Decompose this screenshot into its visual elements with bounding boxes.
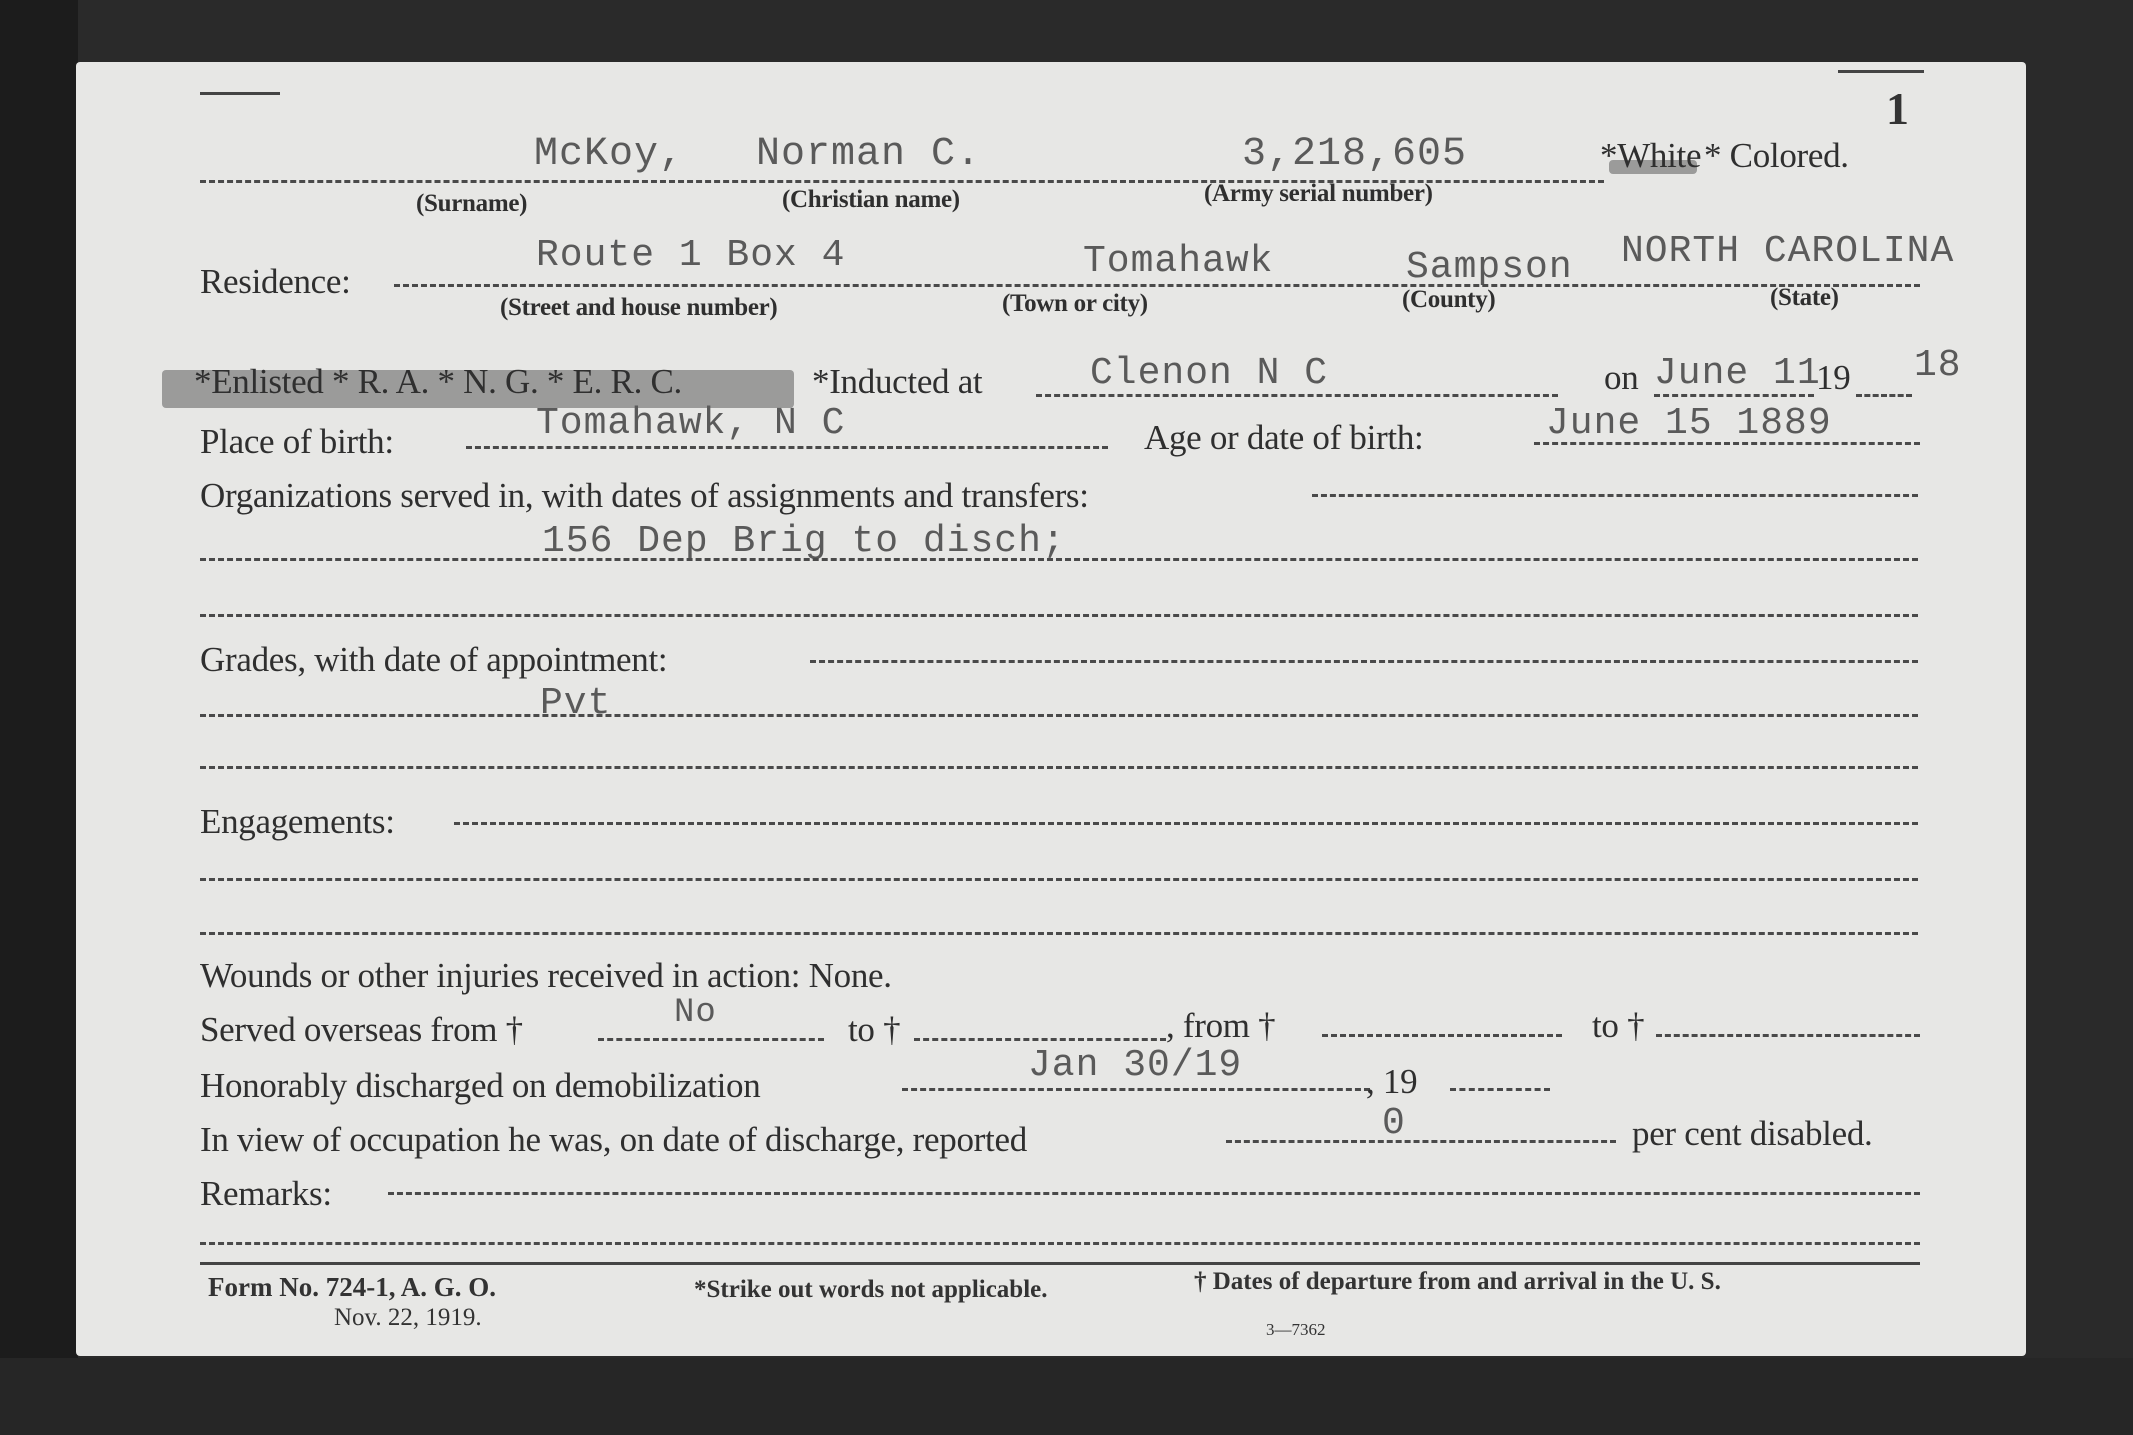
served-overseas-to-label: to † xyxy=(848,1010,900,1050)
disability-percent-value: 0 xyxy=(1382,1102,1406,1145)
christian-name-value: Norman C. xyxy=(756,132,981,177)
form-date: Nov. 22, 1919. xyxy=(334,1304,482,1332)
place-of-birth-line xyxy=(466,446,1108,449)
inducted-at-line xyxy=(1036,394,1558,397)
discharge-year-suffix: , 19 xyxy=(1366,1062,1417,1102)
enlisted-options: *Enlisted * R. A. * N. G. * E. R. C. xyxy=(194,362,682,402)
county-caption: (County) xyxy=(1402,286,1495,314)
served-overseas-to2-label: to † xyxy=(1592,1006,1644,1046)
footer-rule xyxy=(200,1262,1920,1265)
race-option-colored: * Colored. xyxy=(1704,136,1849,176)
strike-out-note: *Strike out words not applicable. xyxy=(694,1276,1048,1304)
served-overseas-from2-line xyxy=(1322,1034,1562,1037)
remarks-label: Remarks: xyxy=(200,1174,332,1214)
served-overseas-to2-line xyxy=(1656,1034,1920,1037)
remarks-line-2 xyxy=(200,1242,1920,1245)
serial-number-value: 3,218,605 xyxy=(1242,132,1467,177)
served-overseas-from-line xyxy=(598,1038,824,1041)
disability-label: In view of occupation he was, on date of… xyxy=(200,1120,1027,1160)
top-left-rule xyxy=(200,92,280,95)
served-overseas-from2-label: , from † xyxy=(1166,1006,1275,1046)
race-option-white: *White xyxy=(1600,136,1701,176)
service-record-card: 1 McKoy, Norman C. 3,218,605 *White * Co… xyxy=(76,62,2026,1356)
form-number: Form No. 724-1, A. G. O. xyxy=(208,1272,496,1303)
date-of-birth-line xyxy=(1534,442,1920,445)
inducted-year-line xyxy=(1856,394,1912,397)
discharge-date-value: Jan 30/19 xyxy=(1028,1044,1242,1087)
residence-line xyxy=(394,284,1920,287)
inducted-at-value: Clenon N C xyxy=(1090,352,1328,395)
organizations-label: Organizations served in, with dates of a… xyxy=(200,476,1089,516)
place-of-birth-value: Tomahawk, N C xyxy=(536,402,845,445)
residence-town-value: Tomahawk xyxy=(1083,240,1273,283)
served-overseas-label: Served overseas from † xyxy=(200,1010,523,1050)
inducted-date-value: June 11 xyxy=(1654,352,1821,395)
discharge-date-line xyxy=(902,1088,1370,1091)
served-overseas-value: No xyxy=(674,994,717,1032)
inducted-year-value: 18 xyxy=(1914,344,1962,387)
grades-line-1 xyxy=(810,660,1918,663)
wounds-label: Wounds or other injuries received in act… xyxy=(200,956,892,996)
scan-background-left xyxy=(0,0,78,1435)
disability-suffix: per cent disabled. xyxy=(1632,1114,1872,1154)
card-number: 1 xyxy=(1886,82,1909,135)
served-overseas-to-line xyxy=(914,1038,1166,1041)
discharge-year-line xyxy=(1450,1088,1550,1091)
inducted-date-line xyxy=(1654,394,1814,397)
residence-state-value: NORTH CAROLINA xyxy=(1621,230,1954,273)
print-code: 3—7362 xyxy=(1266,1320,1326,1340)
residence-county-value: Sampson xyxy=(1406,246,1573,289)
date-of-birth-label: Age or date of birth: xyxy=(1144,418,1423,458)
grades-value: Pvt xyxy=(540,682,611,725)
organizations-line-1 xyxy=(1312,494,1918,497)
remarks-line-1 xyxy=(388,1192,1920,1195)
engagements-line-2 xyxy=(200,878,1918,881)
christian-name-caption: (Christian name) xyxy=(782,186,960,214)
town-caption: (Town or city) xyxy=(1002,290,1148,318)
organizations-value: 156 Dep Brig to disch; xyxy=(542,520,1066,563)
inducted-at-label: *Inducted at xyxy=(812,362,982,402)
dagger-note: † Dates of departure from and arrival in… xyxy=(1194,1268,1721,1296)
top-right-rule xyxy=(1838,70,1924,73)
residence-label: Residence: xyxy=(200,262,351,302)
organizations-line-2 xyxy=(200,558,1918,561)
state-caption: (State) xyxy=(1770,284,1839,312)
disability-line xyxy=(1226,1140,1616,1143)
grades-line-2 xyxy=(200,714,1918,717)
scan-background-bottom xyxy=(0,1358,2133,1435)
inducted-year-prefix: 19 xyxy=(1816,358,1850,398)
place-of-birth-label: Place of birth: xyxy=(200,422,394,462)
date-of-birth-value: June 15 1889 xyxy=(1546,402,1832,445)
serial-number-caption: (Army serial number) xyxy=(1204,180,1433,208)
street-caption: (Street and house number) xyxy=(500,294,777,322)
engagements-line-3 xyxy=(200,932,1918,935)
engagements-label: Engagements: xyxy=(200,802,395,842)
residence-street-value: Route 1 Box 4 xyxy=(536,234,845,277)
discharge-label: Honorably discharged on demobilization xyxy=(200,1066,760,1106)
surname-value: McKoy, xyxy=(534,132,684,177)
surname-caption: (Surname) xyxy=(416,190,527,218)
organizations-line-3 xyxy=(200,614,1918,617)
grades-label: Grades, with date of appointment: xyxy=(200,640,667,680)
grades-line-3 xyxy=(200,766,1918,769)
engagements-line-1 xyxy=(454,822,1918,825)
inducted-on-label: on xyxy=(1604,358,1638,398)
